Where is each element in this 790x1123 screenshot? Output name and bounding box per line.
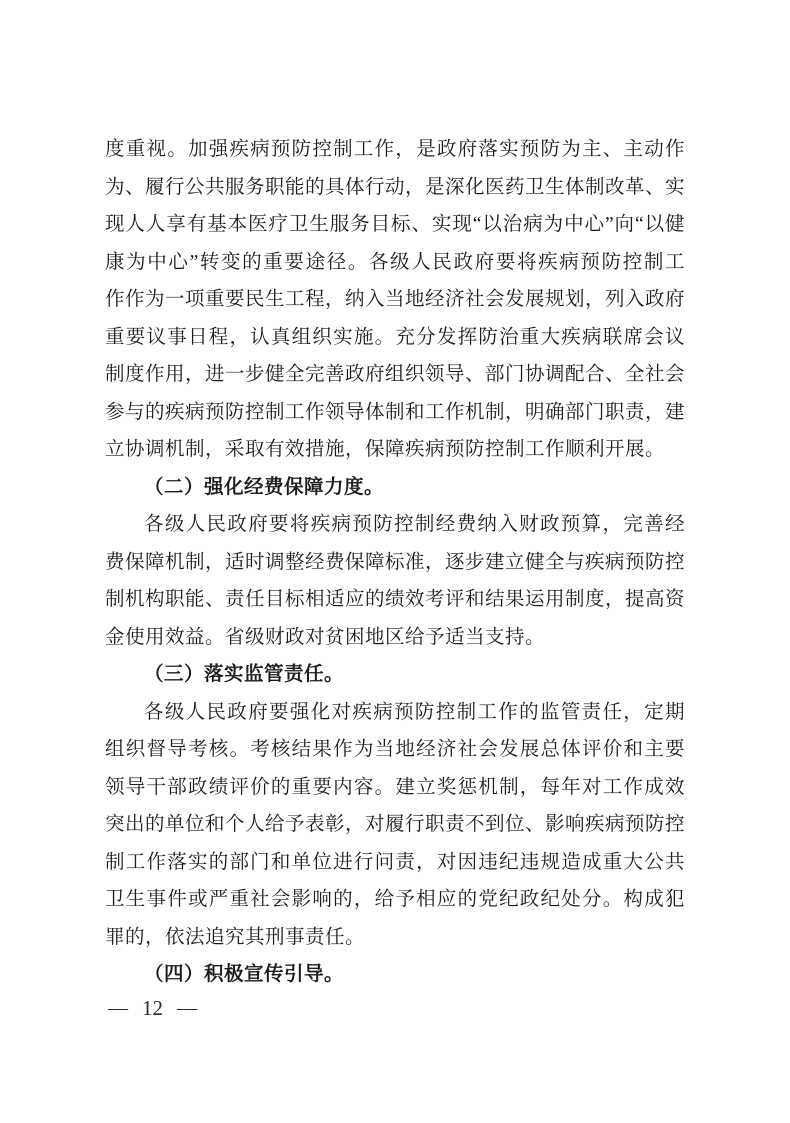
section-heading: （四）积极宣传引导。 bbox=[105, 956, 685, 994]
text-line: 各级人民政府要强化对疾病预防控制工作的监管责任，定期 bbox=[105, 694, 685, 732]
text-line: 参与的疾病预防控制工作领导体制和工作机制，明确部门职责，建 bbox=[105, 394, 685, 432]
text-line: 领导干部政绩评价的重要内容。建立奖惩机制，每年对工作成效 bbox=[105, 769, 685, 807]
text-line: 卫生事件或严重社会影响的，给予相应的党纪政纪处分。构成犯 bbox=[105, 881, 685, 919]
text-line: 金使用效益。省级财政对贫困地区给予适当支持。 bbox=[105, 619, 685, 657]
section-heading: （二）强化经费保障力度。 bbox=[105, 469, 685, 507]
text-line: 各级人民政府要将疾病预防控制经费纳入财政预算，完善经 bbox=[105, 506, 685, 544]
paragraph-continuation: 度重视。加强疾病预防控制工作，是政府落实预防为主、主动作为、履行公共服务职能的具… bbox=[105, 131, 685, 469]
text-line: 制工作落实的部门和单位进行问责，对因违纪违规造成重大公共 bbox=[105, 844, 685, 882]
text-line: 度重视。加强疾病预防控制工作，是政府落实预防为主、主动作 bbox=[105, 131, 685, 169]
paragraph: 各级人民政府要将疾病预防控制经费纳入财政预算，完善经费保障机制，适时调整经费保障… bbox=[105, 506, 685, 656]
text-line: （二）强化经费保障力度。 bbox=[105, 469, 685, 507]
text-line: 组织督导考核。考核结果作为当地经济社会发展总体评价和主要 bbox=[105, 731, 685, 769]
paragraph: 各级人民政府要强化对疾病预防控制工作的监管责任，定期组织督导考核。考核结果作为当… bbox=[105, 694, 685, 957]
text-line: 作作为一项重要民生工程，纳入当地经济社会发展规划，列入政府 bbox=[105, 281, 685, 319]
text-line: 罪的，依法追究其刑事责任。 bbox=[105, 919, 685, 957]
text-line: 立协调机制，采取有效措施，保障疾病预防控制工作顺利开展。 bbox=[105, 431, 685, 469]
text-line: 突出的单位和个人给予表彰，对履行职责不到位、影响疾病预防控 bbox=[105, 806, 685, 844]
text-line: 现人人享有基本医疗卫生服务目标、实现“以治病为中心”向“以健 bbox=[105, 206, 685, 244]
page-footer: — 12 — bbox=[108, 994, 197, 1022]
text-line: （四）积极宣传引导。 bbox=[105, 956, 685, 994]
text-line: 制机构职能、责任目标相适应的绩效考评和结果运用制度，提高资 bbox=[105, 581, 685, 619]
page-number: 12 bbox=[142, 994, 163, 1022]
text-line: 重要议事日程，认真组织实施。充分发挥防治重大疾病联席会议 bbox=[105, 319, 685, 357]
text-line: 费保障机制，适时调整经费保障标准，逐步建立健全与疾病预防控 bbox=[105, 544, 685, 582]
text-line: 康为中心”转变的重要途径。各级人民政府要将疾病预防控制工 bbox=[105, 244, 685, 282]
text-line: （三）落实监管责任。 bbox=[105, 656, 685, 694]
footer-dash-right: — bbox=[177, 994, 197, 1022]
document-page: 度重视。加强疾病预防控制工作，是政府落实预防为主、主动作为、履行公共服务职能的具… bbox=[0, 0, 790, 1123]
text-line: 制度作用，进一步健全完善政府组织领导、部门协调配合、全社会 bbox=[105, 356, 685, 394]
text-line: 为、履行公共服务职能的具体行动，是深化医药卫生体制改革、实 bbox=[105, 169, 685, 207]
section-heading: （三）落实监管责任。 bbox=[105, 656, 685, 694]
document-body: 度重视。加强疾病预防控制工作，是政府落实预防为主、主动作为、履行公共服务职能的具… bbox=[105, 131, 685, 994]
footer-dash-left: — bbox=[108, 994, 128, 1022]
